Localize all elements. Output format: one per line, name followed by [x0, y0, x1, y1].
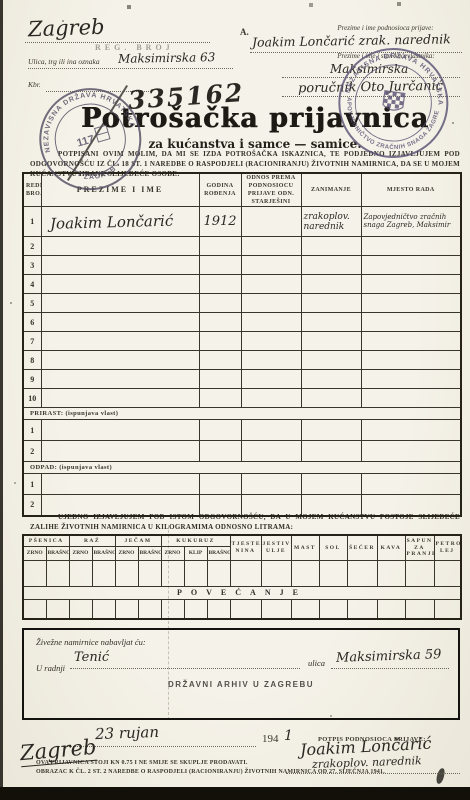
food-supplies-table: PŠENICA RAŽ JEČAM KUKURUZ TJESTE-NINA JE…: [22, 534, 462, 620]
group-jecam: JEČAM: [115, 535, 161, 546]
box-street-label: ulica: [308, 658, 325, 668]
col-kava: KAVA: [377, 535, 405, 560]
sub-klip: KLIP: [184, 546, 207, 560]
signature-title-handwritten: zrakoplov. narednik: [312, 754, 422, 771]
col-header-relation: ODNOS PREMA PODNOSIOCU PRIJAVE ODN. STAR…: [241, 173, 301, 207]
col-mast: MAST: [291, 535, 319, 560]
member-year-handwritten: 1912: [202, 214, 239, 229]
supplies-entry-row: [23, 599, 461, 619]
section-a-marker: A.: [240, 27, 249, 37]
city-handwritten: Zagreb: [28, 15, 105, 42]
air-force-stamp: NEZAVISNA DRŽAVA HRVATSKA ZAPOVJEDNIČTVO…: [328, 39, 457, 173]
member-row: 8: [23, 351, 461, 370]
street-label: Ulica, trg ili ina oznaka: [28, 57, 100, 66]
shop-underline: [70, 668, 300, 669]
odpad-section-band: ODPAD: (ispunjava vlast): [23, 462, 461, 474]
sub-brasno: BRAŠNO: [92, 546, 115, 560]
member-workplace-handwritten: Zapovjedničtvo zračnih snaga Zagreb, Mak…: [364, 214, 459, 229]
sub-brasno: BRAŠNO: [207, 546, 230, 560]
left-stamp-number: 117: [75, 133, 95, 149]
col-petrolej: PETRO-LEJ: [434, 535, 461, 560]
right-stamp-shield-emblem: [382, 91, 404, 112]
year-printed: 194: [262, 733, 279, 745]
date-handwritten: 23 rujan: [95, 723, 160, 743]
city-underline: [25, 42, 210, 43]
ink-blot: [435, 767, 445, 784]
col-sol: SOL: [319, 535, 347, 560]
sub-brasno: BRAŠNO: [46, 546, 69, 560]
col-header-num: REDNI BROJ: [23, 173, 41, 207]
scan-edge-bottom: [0, 787, 470, 800]
col-header-workplace: MJESTO RADA: [361, 173, 461, 207]
purchase-declaration-box: Živežne namirnice nabavljat ću: U radnji…: [22, 628, 460, 720]
scan-edge-left: [0, 0, 3, 800]
sub-zrno: ZRNO: [115, 546, 138, 560]
box-street-handwritten: Maksimirska 59: [336, 647, 442, 666]
member-row: 5: [23, 294, 461, 313]
group-kukuruz: KUKURUZ: [161, 535, 230, 546]
scanned-form-page: Zagreb A. Prezime i ime podnosioca prija…: [0, 0, 470, 800]
odpad-row: 1: [23, 474, 461, 495]
sub-zrno: ZRNO: [23, 546, 46, 560]
prirast-section-band: PRIRAST: (ispunjava vlast): [23, 408, 461, 420]
year-digit-handwritten: 1: [284, 728, 293, 744]
household-members-table: REDNI BROJ PREZIME I IME GODINA ROĐENJA …: [22, 172, 462, 517]
col-tjestenina: TJESTE-NINA: [230, 535, 261, 560]
member-occupation-handwritten: zrakoplov. narednik: [304, 212, 359, 232]
sub-zrno: ZRNO: [69, 546, 92, 560]
col-jestivo-ulje: JESTIVO ULJE: [261, 535, 291, 560]
box-street-underline: [331, 668, 449, 669]
group-psenica: PŠENICA: [23, 535, 69, 546]
col-header-year: GODINA ROĐENJA: [199, 173, 241, 207]
purchase-intro: Živežne namirnice nabavljat ću:: [36, 637, 146, 647]
prirast-row: 2: [23, 441, 461, 462]
shop-label: U radnji: [36, 663, 65, 673]
group-raz: RAŽ: [69, 535, 115, 546]
sub-zrno: ZRNO: [161, 546, 184, 560]
member-row: 3: [23, 256, 461, 275]
povecanje-band: POVEĆANJE: [23, 586, 461, 599]
member-row: 4: [23, 275, 461, 294]
member-row: 7: [23, 332, 461, 351]
kbr-label: Kbr.: [28, 80, 41, 89]
archive-stamp-text: DRŽAVNI ARHIV U ZAGREBU: [24, 680, 458, 689]
prirast-row: 1: [23, 420, 461, 441]
member-row: 10: [23, 389, 461, 408]
sub-brasno: BRAŠNO: [138, 546, 161, 560]
col-secer: ŠEĆER: [347, 535, 377, 560]
member-row: 2: [23, 237, 461, 256]
street-underline: [28, 68, 233, 69]
street-handwritten: Maksimirska 63: [118, 50, 216, 66]
col-sapun: SAPUN ZA PRANJE: [405, 535, 434, 560]
col-header-occupation: ZANIMANJE: [301, 173, 361, 207]
odpad-row: 2: [23, 495, 461, 516]
member-row: 1 Joakim Lončarić 1912 zrakoplov. naredn…: [23, 207, 461, 237]
shop-handwritten: Tenić: [74, 650, 109, 665]
member-row: 6: [23, 313, 461, 332]
supplies-entry-row: [23, 560, 461, 586]
member-row: 9: [23, 370, 461, 389]
member-name-handwritten: Joakim Lončarić: [43, 211, 196, 233]
scan-speckles: [0, 0, 2, 2]
